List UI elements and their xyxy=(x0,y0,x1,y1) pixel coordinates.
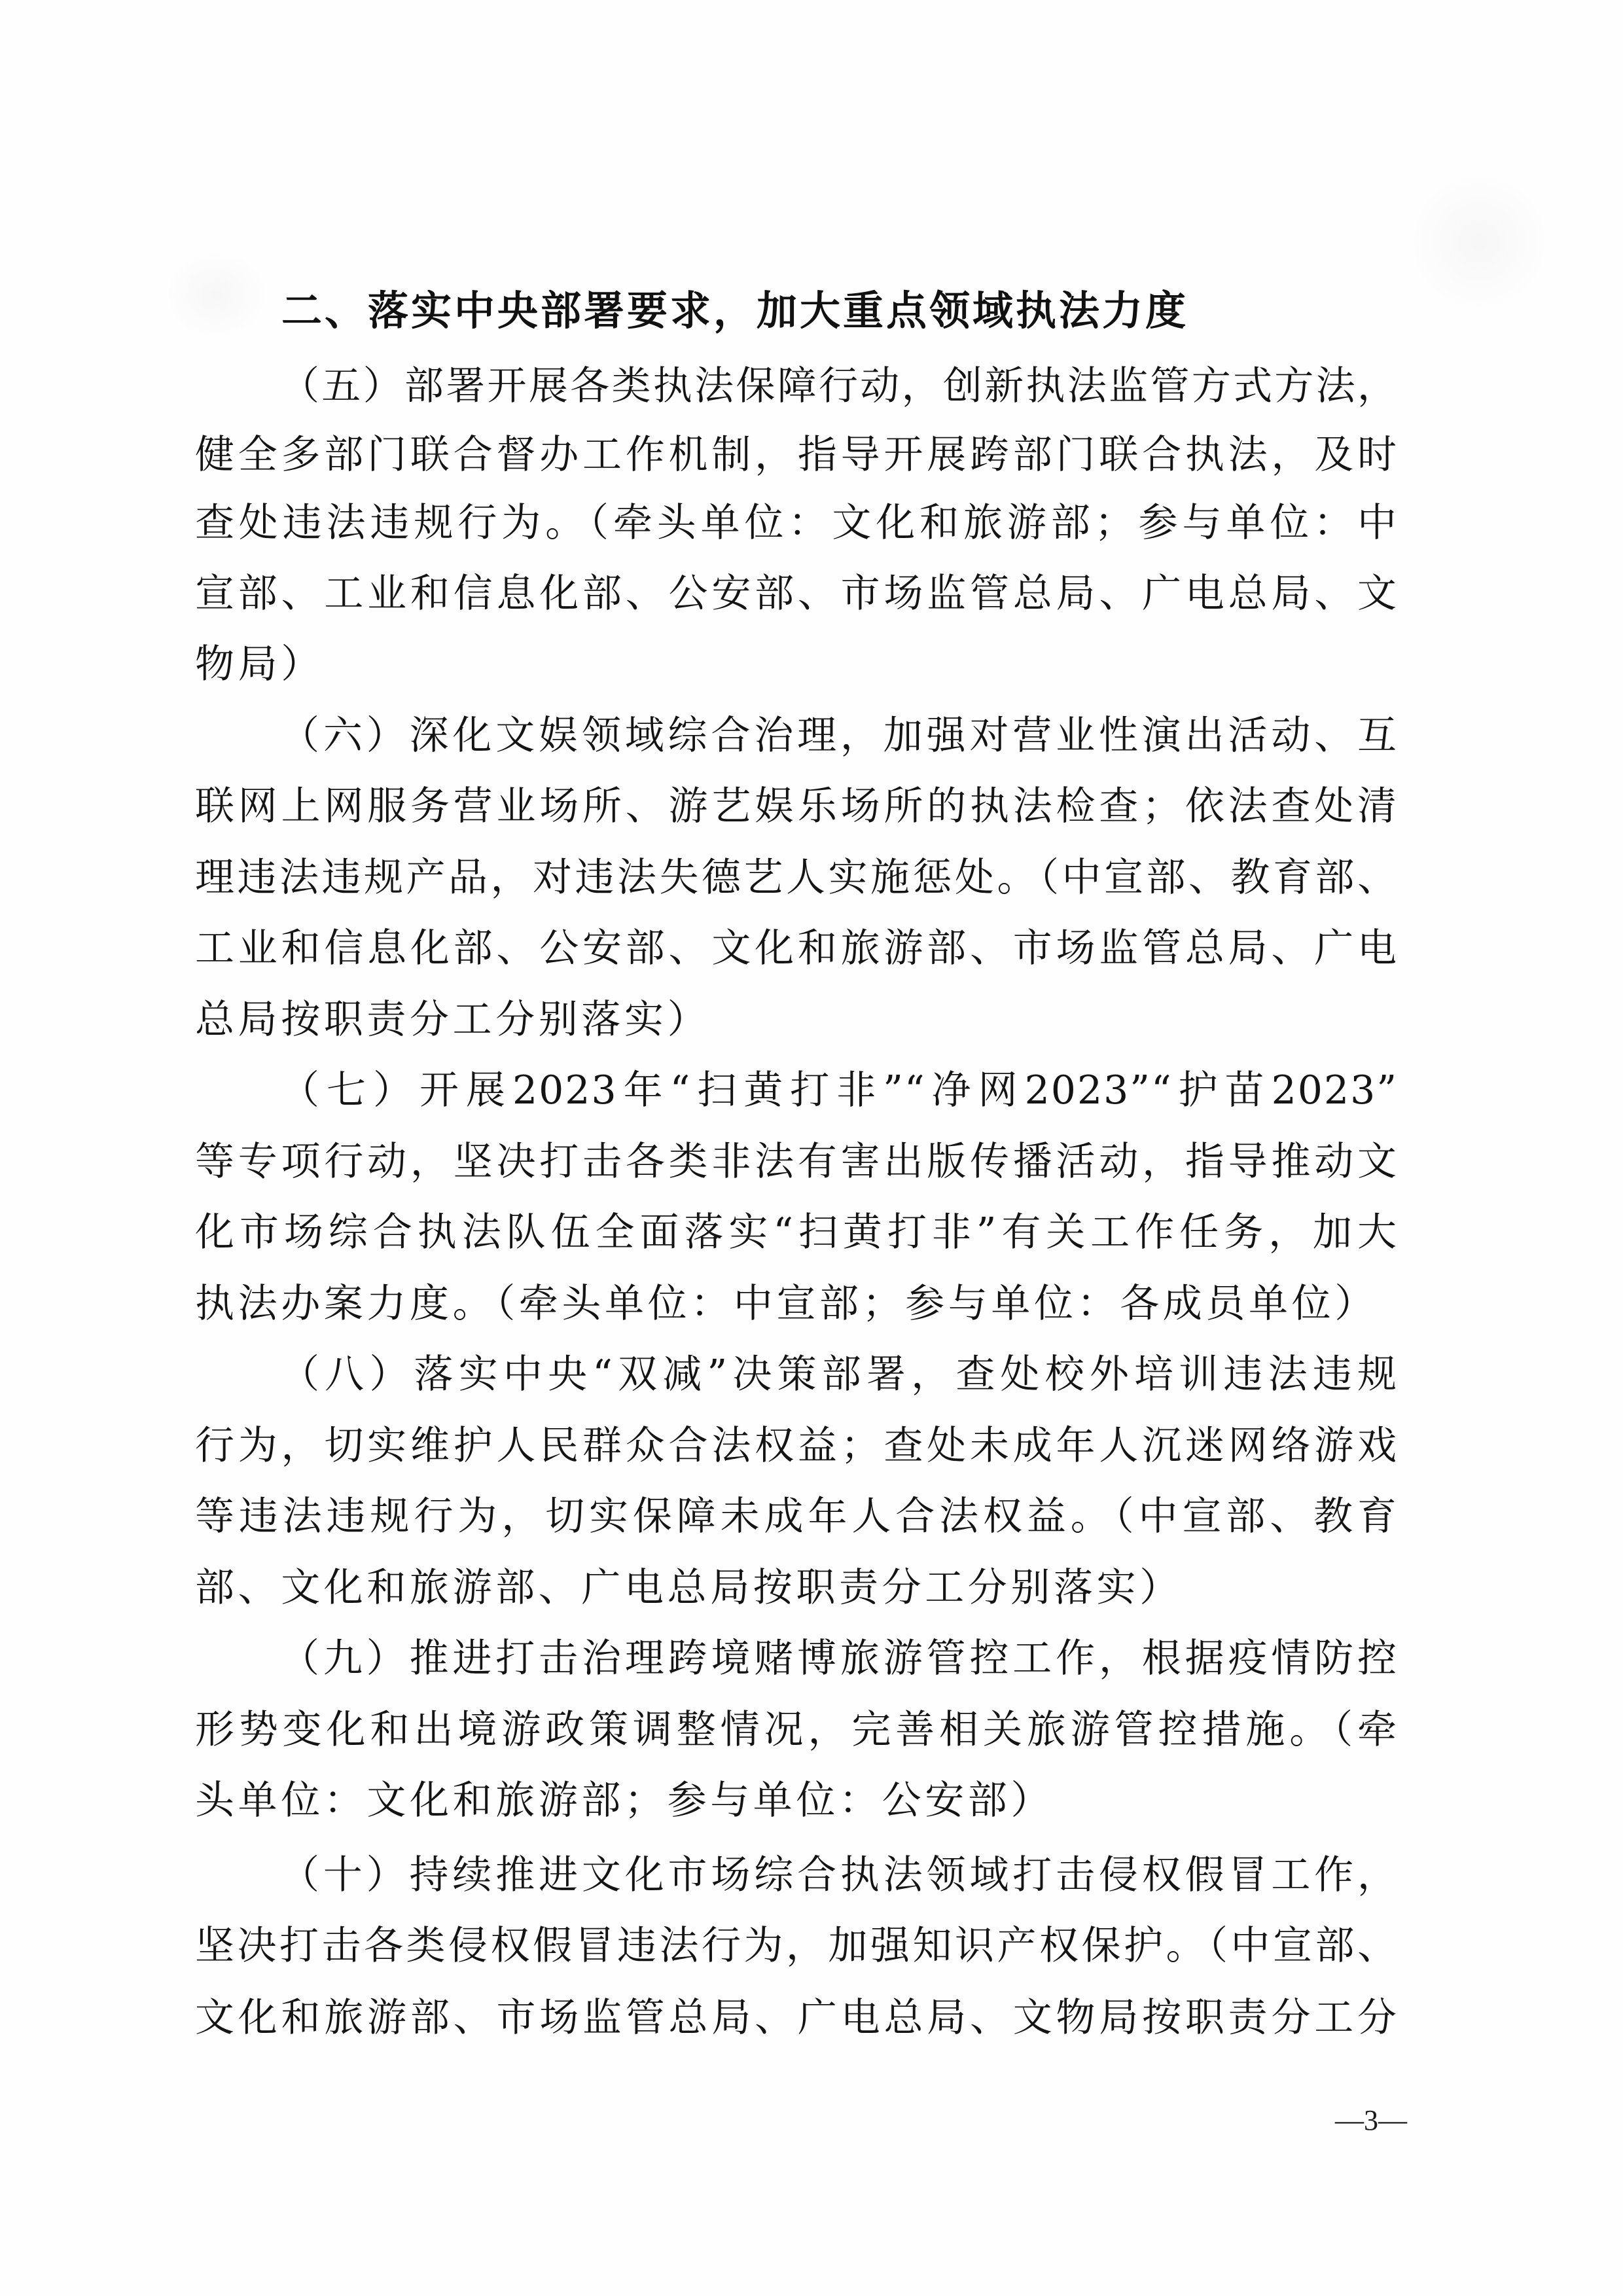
document-page: 二、落实中央部署要求，加大重点领域执法力度 （五）部署开展各类执法保障行动，创新… xyxy=(0,0,1623,2296)
paragraph-line: 部、文化和旅游部、广电总局按职责分工分别落实） xyxy=(195,1564,1398,1611)
paragraph-line: 理违法违规产品，对违法失德艺人实施惩处。（中宣部、教育部、 xyxy=(195,854,1398,901)
paragraph-line: 物局） xyxy=(195,641,1398,688)
paragraph-line: （七）开展2023年“扫黄打非”“净网2023”“护苗2023” xyxy=(280,1067,1398,1114)
paragraph-line: 工业和信息化部、公安部、文化和旅游部、市场监管总局、广电 xyxy=(195,925,1398,972)
paragraph-line: 头单位：文化和旅游部；参与单位：公安部） xyxy=(195,1777,1398,1824)
paragraph-line: 等违法违规行为，切实保障未成年人合法权益。（中宣部、教育 xyxy=(195,1493,1398,1540)
paragraph-line: 坚决打击各类侵权假冒违法行为，加强知识产权保护。（中宣部、 xyxy=(195,1922,1398,1969)
paragraph-line: （五）部署开展各类执法保障行动，创新执法监管方式方法， xyxy=(280,363,1398,410)
paragraph-line: 执法办案力度。（牵头单位：中宣部；参与单位：各成员单位） xyxy=(195,1280,1398,1327)
paragraph-line: 查处违法违规行为。（牵头单位：文化和旅游部；参与单位：中 xyxy=(195,499,1398,547)
paragraph-line: （六）深化文娱领域综合治理，加强对营业性演出活动、互 xyxy=(280,712,1398,759)
section-heading: 二、落实中央部署要求，加大重点领域执法力度 xyxy=(281,289,1188,333)
paragraph-line: 宣部、工业和信息化部、公安部、市场监管总局、广电总局、文 xyxy=(195,570,1398,617)
paragraph-line: 行为，切实维护人民群众合法权益；查处未成年人沉迷网络游戏 xyxy=(195,1422,1398,1469)
paragraph-line: （十）持续推进文化市场综合执法领域打击侵权假冒工作， xyxy=(280,1852,1398,1899)
paragraph-line: 化市场综合执法队伍全面落实“扫黄打非”有关工作任务，加大 xyxy=(195,1209,1398,1256)
paragraph-line: （八）落实中央“双减”决策部署，查处校外培训违法违规 xyxy=(280,1351,1398,1398)
paragraph-line: 形势变化和出境游政策调整情况，完善相关旅游管控措施。（牵 xyxy=(195,1706,1398,1753)
paragraph-line: 文化和旅游部、市场监管总局、广电总局、文物局按职责分工分 xyxy=(195,1994,1398,2041)
paragraph-line: 等专项行动，坚决打击各类非法有害出版传播活动，指导推动文 xyxy=(195,1138,1398,1185)
scan-artifact xyxy=(164,249,268,340)
paragraph-line: 健全多部门联合督办工作机制，指导开展跨部门联合执法，及时 xyxy=(195,431,1398,478)
paragraph-line: 总局按职责分工分别落实） xyxy=(195,996,1398,1043)
paragraph-line: （九）推进打击治理跨境赌博旅游管控工作，根据疫情防控 xyxy=(280,1635,1398,1682)
page-number: —3— xyxy=(1329,2104,1414,2138)
paragraph-line: 联网上网服务营业场所、游艺娱乐场所的执法检查；依法查处清 xyxy=(195,783,1398,830)
scan-artifact xyxy=(1407,170,1551,314)
